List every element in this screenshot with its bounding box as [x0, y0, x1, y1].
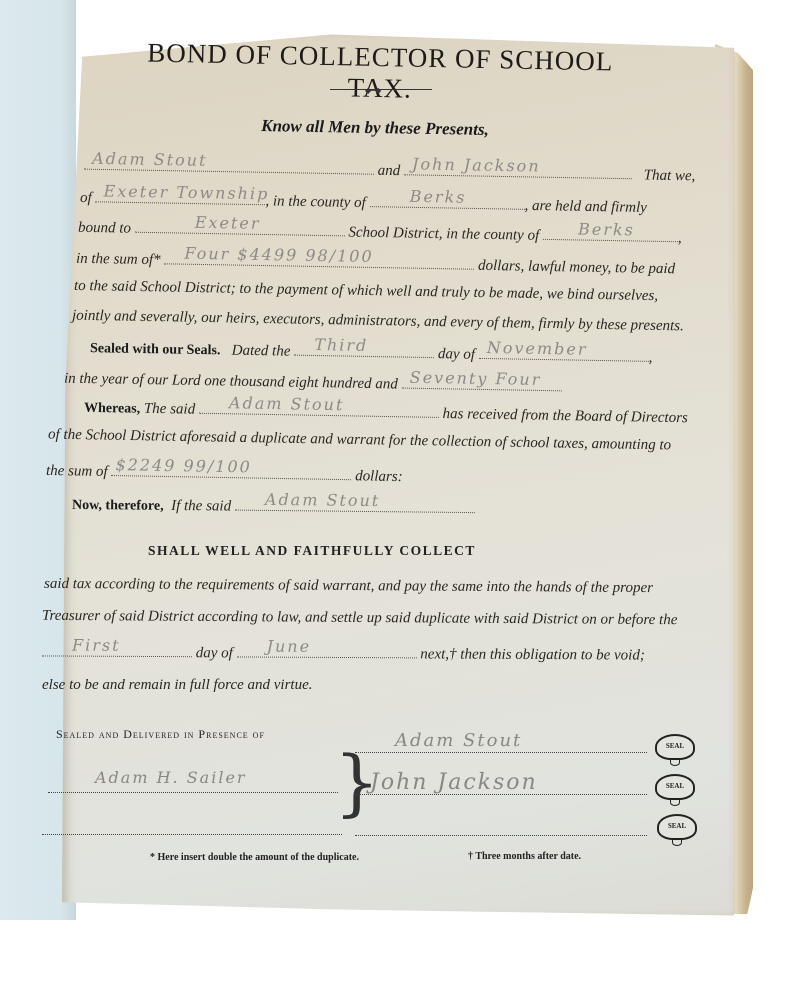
due-month-field: June: [237, 642, 417, 658]
witness-line-1: [48, 791, 338, 793]
divider-ornament: ◆◆: [365, 86, 385, 95]
due-month-handwriting: June: [267, 637, 312, 656]
dated-the-label: Dated the: [232, 343, 291, 360]
county1-handwriting: Berks: [410, 187, 467, 207]
principal-handwriting: Adam Stout: [92, 149, 208, 170]
township-handwriting: Exeter Township: [103, 181, 269, 203]
collector-field: Adam Stout: [199, 399, 439, 418]
whereas-label: Whereas,: [84, 401, 140, 417]
footnote-double-amount: * Here insert double the amount of the d…: [150, 852, 359, 863]
collector2-handwriting: Adam Stout: [265, 490, 381, 510]
signer-line-3: [355, 834, 647, 836]
signer-line-1: [355, 751, 647, 753]
duplicate-amount-handwriting: $2249 99/100: [115, 455, 252, 476]
district-handwriting: Exeter: [195, 213, 261, 233]
seal-icon-3: SEAL: [657, 814, 697, 840]
the-said-label: The said: [144, 401, 196, 418]
seal-icon-2: SEAL: [655, 774, 695, 800]
dollars-label: dollars:: [355, 468, 403, 485]
seal-icon-1: SEAL: [655, 734, 695, 760]
day-handwriting: Third: [314, 335, 368, 355]
due-day-of-label: day of: [196, 645, 233, 661]
if-the-said-label: If the said: [171, 498, 231, 515]
signer-signature-2: John Jackson: [370, 770, 538, 999]
and-label: and: [378, 163, 401, 179]
in-sum-label: in the sum of*: [76, 251, 161, 268]
surety-field: John Jackson: [404, 160, 632, 179]
month-field: November: [479, 344, 649, 362]
duplicate-amount-field: $2249 99/100: [111, 461, 351, 480]
bond-sum-handwriting: Four $4499 98/100: [184, 244, 373, 266]
document-title: BOND OF COLLECTOR OF SCHOOL TAX.: [119, 37, 640, 109]
collector2-field: Adam Stout: [235, 496, 475, 514]
now-therefore-label: Now, therefore,: [72, 498, 164, 514]
witness-line-2: [42, 833, 342, 835]
year-field: Seventy Four: [402, 374, 562, 392]
county2-handwriting: Berks: [578, 219, 635, 239]
day-of-label: day of: [438, 346, 475, 363]
month-handwriting: November: [487, 338, 588, 359]
due-day-handwriting: First: [72, 636, 121, 655]
township-field: Exeter Township: [95, 187, 265, 205]
year-handwriting: Seventy Four: [410, 368, 542, 389]
sealed-with-label: Sealed with our Seals.: [90, 341, 221, 358]
bound-to-label: bound to: [78, 220, 131, 237]
due-date-line: First day of June next,† then this oblig…: [42, 641, 645, 664]
county-label: , in the county of: [265, 193, 366, 211]
surety-handwriting: John Jackson: [412, 154, 541, 175]
district-field: Exeter: [135, 218, 345, 237]
sum-of-label: the sum of: [46, 463, 108, 480]
footnote-three-months: † Three months after date.: [468, 851, 581, 862]
obligation-void-label: next,† then this obligation to be void;: [420, 646, 645, 663]
due-day-field: First: [42, 641, 192, 657]
collect-heading: SHALL WELL AND FAITHFULLY COLLECT: [148, 543, 476, 559]
full-force-line: else to be and remain in full force and …: [42, 677, 313, 694]
presence-label: Sealed and Delivered in Presence of: [56, 727, 265, 742]
school-district-label: School District, in the county of: [348, 224, 539, 243]
that-we-label: That we,: [644, 167, 696, 184]
lawful-money-label: dollars, lawful money, to be paid: [478, 258, 675, 277]
signer-line-2: [355, 793, 647, 795]
held-firmly-label: , are held and firmly: [524, 198, 647, 216]
collector-handwriting: Adam Stout: [229, 393, 345, 414]
received-label: has received from the Board of Directors: [442, 406, 687, 426]
county2-field: Berks: [543, 225, 678, 242]
witness-signature: Adam H. Sailer: [95, 768, 247, 999]
of-label: of: [80, 190, 92, 206]
county1-field: Berks: [369, 192, 524, 210]
now-therefore-line: Now, therefore, If the said Adam Stout: [72, 494, 475, 518]
day-field: Third: [294, 341, 434, 358]
